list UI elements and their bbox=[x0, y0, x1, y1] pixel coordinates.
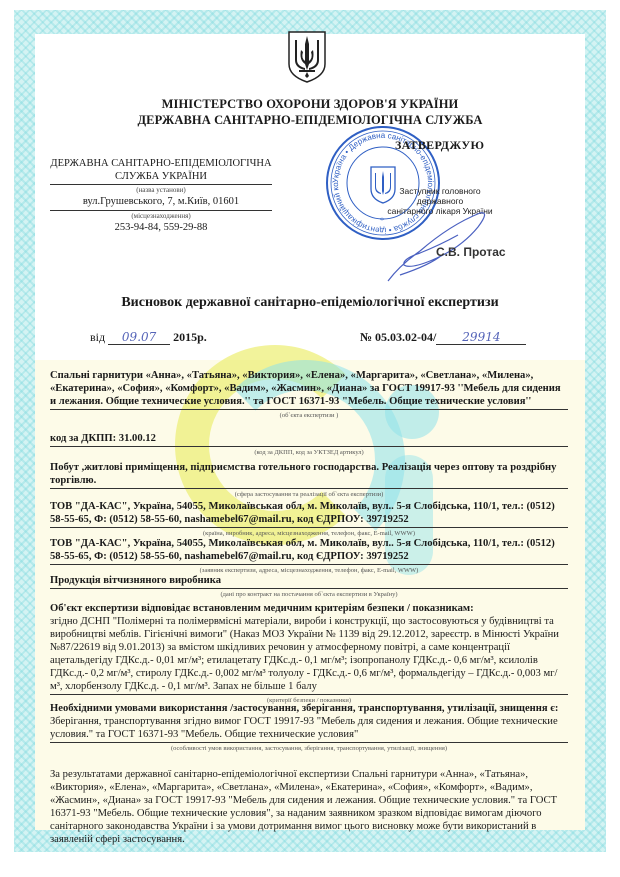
ministry-name: МІНІСТЕРСТВО ОХОРОНИ ЗДОРОВ'Я УКРАЇНИ bbox=[0, 97, 620, 112]
service-name: ДЕРЖАВНА САНІТАРНО-ЕПІДЕМІОЛОГІЧНА СЛУЖБ… bbox=[0, 113, 620, 128]
approve-label: ЗАТВЕРДЖУЮ bbox=[395, 138, 484, 153]
code-caption: (код за ДКПП, код за УКТЗЕД артикул) bbox=[50, 448, 568, 457]
document-title: Висновок державної санітарно-епідеміолог… bbox=[0, 295, 620, 311]
field-object: Спальні гарнитури «Анна», «Татьяна», «Ви… bbox=[50, 369, 568, 420]
contract-caption: (дані про контракт на постачання об`єкта… bbox=[50, 590, 568, 599]
institution-name-line1: ДЕРЖАВНА САНІТАРНО-ЕПІДЕМІОЛОГІЧНА bbox=[50, 157, 272, 170]
scope-caption: (сфера застосування та реалізації об`єкт… bbox=[50, 490, 568, 499]
conclusion-text: За результатами державної санітарно-епід… bbox=[50, 768, 568, 846]
institution-address-caption: (місцезнаходження) bbox=[50, 212, 272, 220]
criteria-heading: Об'єкт експертизи відповідає встановлени… bbox=[50, 602, 568, 615]
field-applicant: ТОВ "ДА-КАС", Україна, 54055, Миколаївсь… bbox=[50, 537, 568, 575]
object-caption: (об`єкта експертизи ) bbox=[50, 411, 568, 420]
divider bbox=[50, 184, 272, 185]
object-text: Спальні гарнитури «Анна», «Татьяна», «Ви… bbox=[50, 369, 568, 410]
field-conditions: Необхідними умовами використання /застос… bbox=[50, 702, 568, 753]
field-criteria: Об'єкт експертизи відповідає встановлени… bbox=[50, 602, 568, 705]
number-prefix: № 05.03.02-04/ bbox=[360, 330, 436, 344]
date-year: 2015р. bbox=[173, 330, 207, 344]
institution-address: вул.Грушевського, 7, м.Київ, 01601 bbox=[50, 196, 272, 207]
field-scope: Побут ,житлові приміщення, підприємства … bbox=[50, 461, 568, 499]
conditions-caption: (особливості умов використання, застосув… bbox=[50, 744, 568, 753]
field-contract: Продукція вітчизняного виробника (дані п… bbox=[50, 574, 568, 599]
document-date: від 09.07 2015р. bbox=[90, 330, 207, 345]
document-number: № 05.03.02-04/29914 bbox=[360, 330, 526, 345]
institution-name-caption: (назва установи) bbox=[50, 186, 272, 194]
contract-text: Продукція вітчизняного виробника bbox=[50, 574, 568, 589]
date-prefix: від bbox=[90, 330, 105, 344]
conditions-text: Зберігання, транспортування згідно вимог… bbox=[50, 715, 568, 743]
trident-emblem-icon bbox=[287, 30, 327, 84]
certificate: МІНІСТЕРСТВО ОХОРОНИ ЗДОРОВ'Я УКРАЇНИ ДЕ… bbox=[0, 0, 620, 877]
institution-name: ДЕРЖАВНА САНІТАРНО-ЕПІДЕМІОЛОГІЧНА СЛУЖБ… bbox=[50, 157, 272, 183]
approver-name: С.В. Протас bbox=[436, 245, 506, 259]
code-text: код за ДКПП: 31.00.12 bbox=[50, 432, 568, 447]
number-handwritten: 29914 bbox=[436, 330, 526, 345]
field-manufacturer: ТОВ "ДА-КАС", Україна, 54055, Миколаївсь… bbox=[50, 500, 568, 538]
approver-position-line1: Заступник головного державного bbox=[375, 186, 505, 206]
date-handwritten: 09.07 bbox=[108, 330, 170, 345]
manufacturer-text: ТОВ "ДА-КАС", Україна, 54055, Миколаївсь… bbox=[50, 500, 568, 528]
institution-phones: 253-94-84, 559-29-88 bbox=[50, 222, 272, 233]
field-code: код за ДКПП: 31.00.12 (код за ДКПП, код … bbox=[50, 432, 568, 457]
divider bbox=[50, 210, 272, 211]
institution-name-line2: СЛУЖБА УКРАЇНИ bbox=[50, 170, 272, 183]
scope-text: Побут ,житлові приміщення, підприємства … bbox=[50, 461, 568, 489]
applicant-text: ТОВ "ДА-КАС", Україна, 54055, Миколаївсь… bbox=[50, 537, 568, 565]
criteria-text: згідно ДСНП "Полімерні та полімервмісні … bbox=[50, 615, 568, 695]
conditions-heading: Необхідними умовами використання /застос… bbox=[50, 702, 568, 715]
